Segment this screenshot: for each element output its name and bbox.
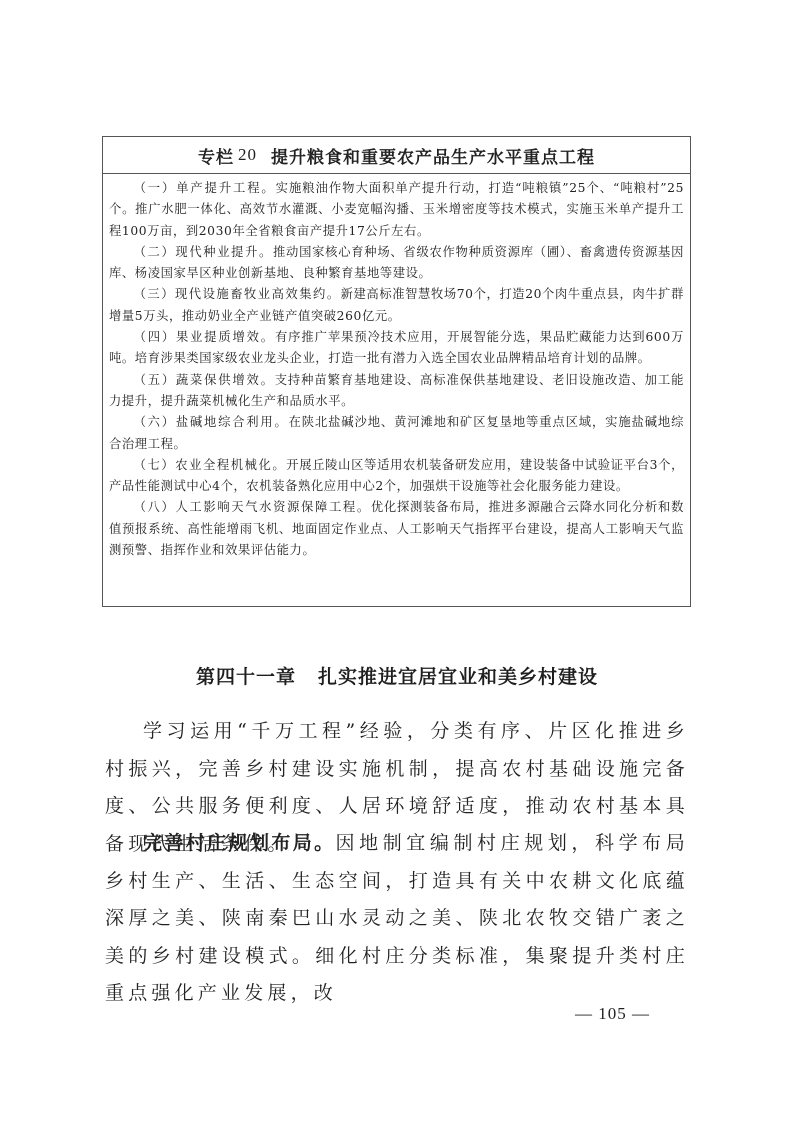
column-item-7: （七）农业全程机械化。开展丘陵山区等适用农机装备研发应用，建设装备中试验证平台3… (109, 455, 684, 498)
chapter-number: 第四十一章 (196, 666, 296, 688)
body-paragraph-2: 完善村庄规划布局。因地制宜编制村庄规划，科学布局乡村生产、生活、生态空间，打造具… (105, 825, 689, 1013)
paragraph-lead: 完善村庄规划布局。 (143, 832, 336, 854)
column-number: 20 (238, 145, 257, 165)
column-item-8: （八）人工影响天气水资源保障工程。优化探测装备布局，推进多源融合云降水同化分析和… (109, 497, 684, 561)
column-item-1: （一）单产提升工程。实施粮油作物大面积单产提升行动，打造“吨粮镇”25个、“吨粮… (109, 178, 684, 242)
column-item-5: （五）蔬菜保供增效。支持种苗繁育基地建设、高标准保供基地建设、老旧设施改造、加工… (109, 370, 684, 413)
chapter-title: 扎实推进宜居宜业和美乡村建设 (318, 666, 598, 688)
item-lead: （二）现代种业提升。 (134, 245, 273, 259)
item-lead: （一）单产提升工程。 (134, 181, 276, 195)
column-item-6: （六）盐碱地综合利用。在陕北盐碱沙地、黄河滩地和矿区复垦地等重点区域，实施盐碱地… (109, 412, 684, 455)
paragraph-text: 因地制宜编制村庄规划，科学布局乡村生产、生活、生态空间，打造具有关中农耕文化底蕴… (105, 832, 689, 1004)
item-lead: （四）果业提质增效。 (134, 330, 275, 344)
column-item-3: （三）现代设施畜牧业高效集约。新建高标准智慧牧场70个，打造20个肉牛重点县，肉… (109, 284, 684, 327)
column-heading: 提升粮食和重要农产品生产水平重点工程 (271, 143, 595, 168)
item-lead: （八）人工影响天气水资源保障工程。 (134, 500, 371, 514)
item-lead: （五）蔬菜保供增效。 (134, 373, 275, 387)
special-column-box: 专栏 20 提升粮食和重要农产品生产水平重点工程 （一）单产提升工程。实施粮油作… (102, 136, 691, 607)
column-item-2: （二）现代种业提升。推动国家核心育种场、省级农作物种质资源库（圃）、畜禽遗传资源… (109, 242, 684, 285)
column-label: 专栏 (198, 143, 234, 168)
item-lead: （三）现代设施畜牧业高效集约。 (134, 287, 341, 301)
column-item-4: （四）果业提质增效。有序推广苹果预冷技术应用，开展智能分选，果品贮藏能力达到60… (109, 327, 684, 370)
item-lead: （七）农业全程机械化。 (134, 458, 287, 472)
special-column-body: （一）单产提升工程。实施粮油作物大面积单产提升行动，打造“吨粮镇”25个、“吨粮… (103, 174, 690, 561)
item-lead: （六）盐碱地综合利用。 (134, 415, 289, 429)
page-number: — 105 — (575, 1004, 650, 1024)
special-column-title: 专栏 20 提升粮食和重要农产品生产水平重点工程 (103, 137, 690, 174)
chapter-heading: 第四十一章扎实推进宜居宜业和美乡村建设 (0, 662, 794, 689)
